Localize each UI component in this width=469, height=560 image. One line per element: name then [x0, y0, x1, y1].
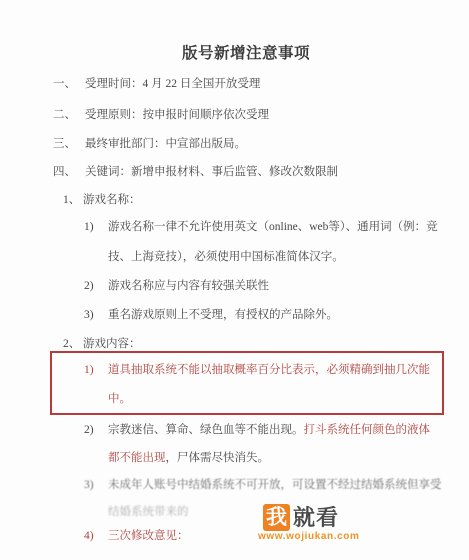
game-name-rule-3: 3)重名游戏原则上不受理，有授权的产品除外。: [84, 308, 338, 323]
rule-text-red: 打斗系统任何颜色的液体: [304, 424, 431, 436]
intro-item-acceptance-time: 一、受理时间：4 月 22 日全国开放受理: [53, 77, 260, 92]
content-rule-2-line-1: 2)宗教迷信、算命、绿色血等不能出现。打斗系统任何颜色的液体: [84, 423, 430, 438]
list-marker: 2、: [63, 337, 83, 352]
list-marker: 4): [84, 529, 108, 544]
list-marker: 1): [84, 220, 108, 235]
watermark-logo: 我 就看: [263, 504, 339, 532]
section-heading-text: 游戏名称：: [83, 194, 141, 206]
rule-text: 三次修改意见：: [108, 530, 189, 542]
content-rule-3-line-2: 结婚系统带来的: [108, 505, 189, 520]
game-name-rule-1-line-1: 1)游戏名称一律不允许使用英文（online、web等）、通用词（例：竞: [84, 220, 438, 235]
watermark-logo-text: 就看: [293, 504, 339, 532]
list-marker: 一、: [53, 77, 85, 92]
section-game-name-heading: 1、游戏名称：: [63, 193, 141, 208]
list-marker: 1、: [63, 193, 83, 208]
rule-text: 结婚系统带来的: [108, 506, 189, 518]
rule-text: 技、上海竞技），必须使用中国标准简体汉字。: [108, 251, 344, 263]
list-marker: 1): [84, 363, 108, 378]
rule-text: 游戏名称应与内容有较强关联性: [108, 280, 269, 292]
intro-item-acceptance-principle: 二、受理原则：按申报时间顺序依次受理: [53, 108, 269, 123]
rule-text: 道具抽取系统不能以抽取概率百分比表示，必须精确到抽几次能: [108, 364, 430, 376]
intro-item-text: 最终审批部门：中宣部出版局。: [85, 138, 246, 150]
rule-text: 重名游戏原则上不受理，有授权的产品除外。: [108, 309, 338, 321]
game-name-rule-1-line-2: 技、上海竞技），必须使用中国标准简体汉字。: [108, 250, 344, 265]
content-rule-3-line-1: 3)未成年人账号中结婚系统不可开放，可设置不经过结婚系统但享受: [84, 478, 442, 493]
intro-item-text: 受理原则：按申报时间顺序依次受理: [85, 109, 269, 121]
content-rule-2-line-2: 都不能出现，尸体需尽快消失。: [108, 451, 269, 466]
watermark-logo-icon: 我: [263, 504, 290, 531]
list-marker: 四、: [53, 165, 85, 180]
section-heading-text: 游戏内容：: [83, 338, 141, 350]
list-marker: 三、: [53, 137, 85, 152]
intro-item-text: 关键词：新增申报材料、事后监管、修改次数限制: [85, 166, 338, 178]
content-rule-1-line-1: 1)道具抽取系统不能以抽取概率百分比表示，必须精确到抽几次能: [84, 363, 430, 378]
rule-text: 宗教迷信、算命、绿色血等不能出现。: [108, 424, 304, 436]
content-rule-4: 4)三次修改意见：: [84, 529, 189, 544]
list-marker: 2): [84, 279, 108, 294]
rule-text-red: 都不能出现: [108, 452, 166, 464]
intro-item-keywords: 四、关键词：新增申报材料、事后监管、修改次数限制: [53, 165, 338, 180]
list-marker: 3): [84, 308, 108, 323]
watermark-url: www.wojiukan.com: [258, 531, 359, 542]
page-title: 版号新增注意事项: [182, 41, 310, 63]
content-rule-1-line-2: 中。: [108, 392, 131, 407]
section-game-content-heading: 2、游戏内容：: [63, 337, 141, 352]
scanned-document-page: 版号新增注意事项 一、受理时间：4 月 22 日全国开放受理 二、受理原则：按申…: [0, 0, 469, 560]
intro-item-final-approver: 三、最终审批部门：中宣部出版局。: [53, 137, 246, 152]
list-marker: 2): [84, 423, 108, 438]
rule-text: 游戏名称一律不允许使用英文（online、web等）、通用词（例：竞: [108, 221, 438, 233]
intro-item-text: 受理时间：4 月 22 日全国开放受理: [85, 78, 260, 90]
rule-text: 未成年人账号中结婚系统不可开放，可设置不经过结婚系统但享受: [108, 479, 442, 491]
rule-text: 中。: [108, 393, 131, 405]
list-marker: 3): [84, 478, 108, 493]
game-name-rule-2: 2)游戏名称应与内容有较强关联性: [84, 279, 269, 294]
list-marker: 二、: [53, 108, 85, 123]
rule-text: ，尸体需尽快消失。: [166, 452, 270, 464]
